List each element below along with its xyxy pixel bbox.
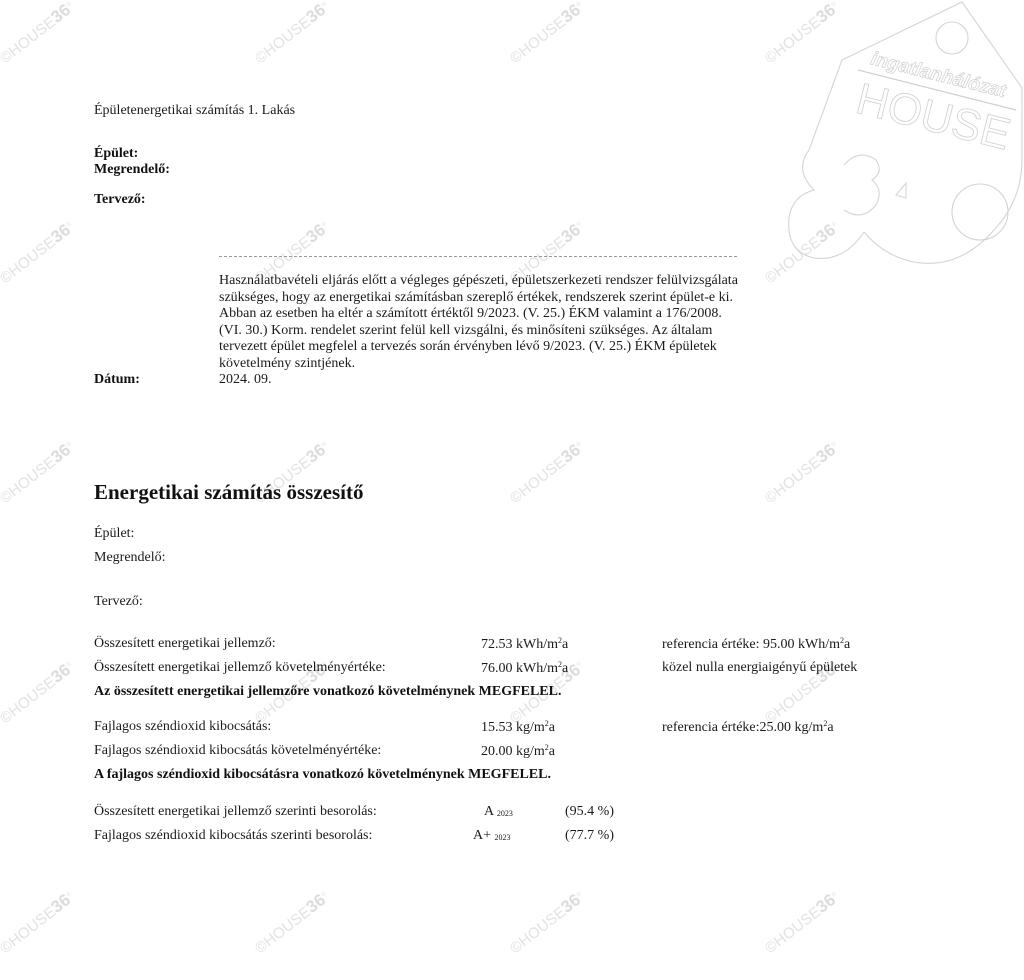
energy-requirement-note: közel nulla energiaigényű épületek xyxy=(662,660,857,676)
summary-heading: Energetikai számítás összesítő xyxy=(94,480,363,505)
classification-label: Összesített energetikai jellemző szerint… xyxy=(94,804,377,819)
building-label: Épület: xyxy=(94,146,138,162)
notice-line: tervezett épület megfelel a tervezés sor… xyxy=(219,339,919,356)
classification-grade: A+ 2023 xyxy=(473,828,511,844)
signature-line xyxy=(219,256,737,257)
summary-designer-label: Tervező: xyxy=(94,594,143,610)
energy-requirement-row: Összesített energetikai jellemző követel… xyxy=(94,660,386,676)
co2-total-row: Fajlagos széndioxid kibocsátás: 15.53 kg… xyxy=(94,719,271,735)
watermark-icon: ©HOUSE36® xyxy=(251,887,334,958)
notice-paragraph: Használatbavételi eljárás előtt a végleg… xyxy=(219,273,919,372)
date-value: 2024. 09. xyxy=(219,372,272,388)
watermark-icon: ©HOUSE36® xyxy=(761,437,844,508)
classification-label: Fajlagos széndioxid kibocsátás szerinti … xyxy=(94,828,372,843)
co2-requirement-row: Fajlagos széndioxid kibocsátás követelmé… xyxy=(94,743,381,759)
document-title: Épületenergetikai számítás 1. Lakás xyxy=(94,103,295,119)
co2-reference-value: referencia értéke:25.00 kg/m2a xyxy=(662,719,834,736)
classification-row: Összesített energetikai jellemző szerint… xyxy=(94,804,377,820)
energy-requirement-value: 76.00 kWh/m2a xyxy=(481,660,568,677)
co2-total-value: 15.53 kg/m2a xyxy=(481,719,555,736)
notice-line: szükséges, hogy az energetikai számításb… xyxy=(219,290,919,307)
designer-label: Tervező: xyxy=(94,192,146,208)
classification-percent: (77.7 %) xyxy=(565,828,614,844)
energy-total-row: Összesített energetikai jellemző: 72.53 … xyxy=(94,636,276,652)
summary-client-label: Megrendelő: xyxy=(94,550,166,566)
summary-building-label: Épület: xyxy=(94,526,134,542)
watermark-icon: ©HOUSE36® xyxy=(506,437,589,508)
classification-percent: (95.4 %) xyxy=(565,804,614,820)
notice-line: (VI. 30.) Korm. rendelet szerint felül k… xyxy=(219,323,919,340)
notice-line: követelmény szintjének. xyxy=(219,356,919,373)
co2-total-label: Fajlagos széndioxid kibocsátás: xyxy=(94,719,271,734)
co2-requirement-label: Fajlagos széndioxid kibocsátás követelmé… xyxy=(94,743,381,758)
watermark-icon: ©HOUSE36® xyxy=(0,217,79,288)
watermark-icon: ©HOUSE36® xyxy=(0,657,79,728)
notice-line: Abban az esetben ha eltér a számított ér… xyxy=(219,306,919,323)
watermark-icon: ©HOUSE36® xyxy=(506,0,589,68)
classification-row: Fajlagos széndioxid kibocsátás szerinti … xyxy=(94,828,372,844)
watermark-icon: ©HOUSE36® xyxy=(506,887,589,958)
classification-grade: A 2023 xyxy=(484,804,513,820)
client-label: Megrendelő: xyxy=(94,162,170,178)
watermark-icon: ©HOUSE36® xyxy=(761,0,844,68)
watermark-icon: ©HOUSE36® xyxy=(0,0,79,68)
notice-line: Használatbavételi eljárás előtt a végleg… xyxy=(219,273,919,290)
watermark-icon: ©HOUSE36® xyxy=(761,887,844,958)
co2-verdict: A fajlagos széndioxid kibocsátásra vonat… xyxy=(94,767,551,783)
svg-text:HOUSE: HOUSE xyxy=(852,74,1016,159)
svg-text:ingatlanhálózat: ingatlanhálózat xyxy=(869,48,1009,102)
house36-logo-watermark: ingatlanhálózat HOUSE xyxy=(784,0,1024,275)
watermark-icon: ©HOUSE36® xyxy=(0,437,79,508)
energy-reference-value: referencia értéke: 95.00 kWh/m2a xyxy=(662,636,850,653)
energy-total-value: 72.53 kWh/m2a xyxy=(481,636,568,653)
energy-total-label: Összesített energetikai jellemző: xyxy=(94,636,276,651)
energy-verdict: Az összesített energetikai jellemzőre vo… xyxy=(94,684,561,700)
date-label: Dátum: xyxy=(94,372,140,388)
co2-requirement-value: 20.00 kg/m2a xyxy=(481,743,555,760)
energy-requirement-label: Összesített energetikai jellemző követel… xyxy=(94,660,386,675)
watermark-icon: ©HOUSE36® xyxy=(251,0,334,68)
watermark-icon: ©HOUSE36® xyxy=(0,887,79,958)
